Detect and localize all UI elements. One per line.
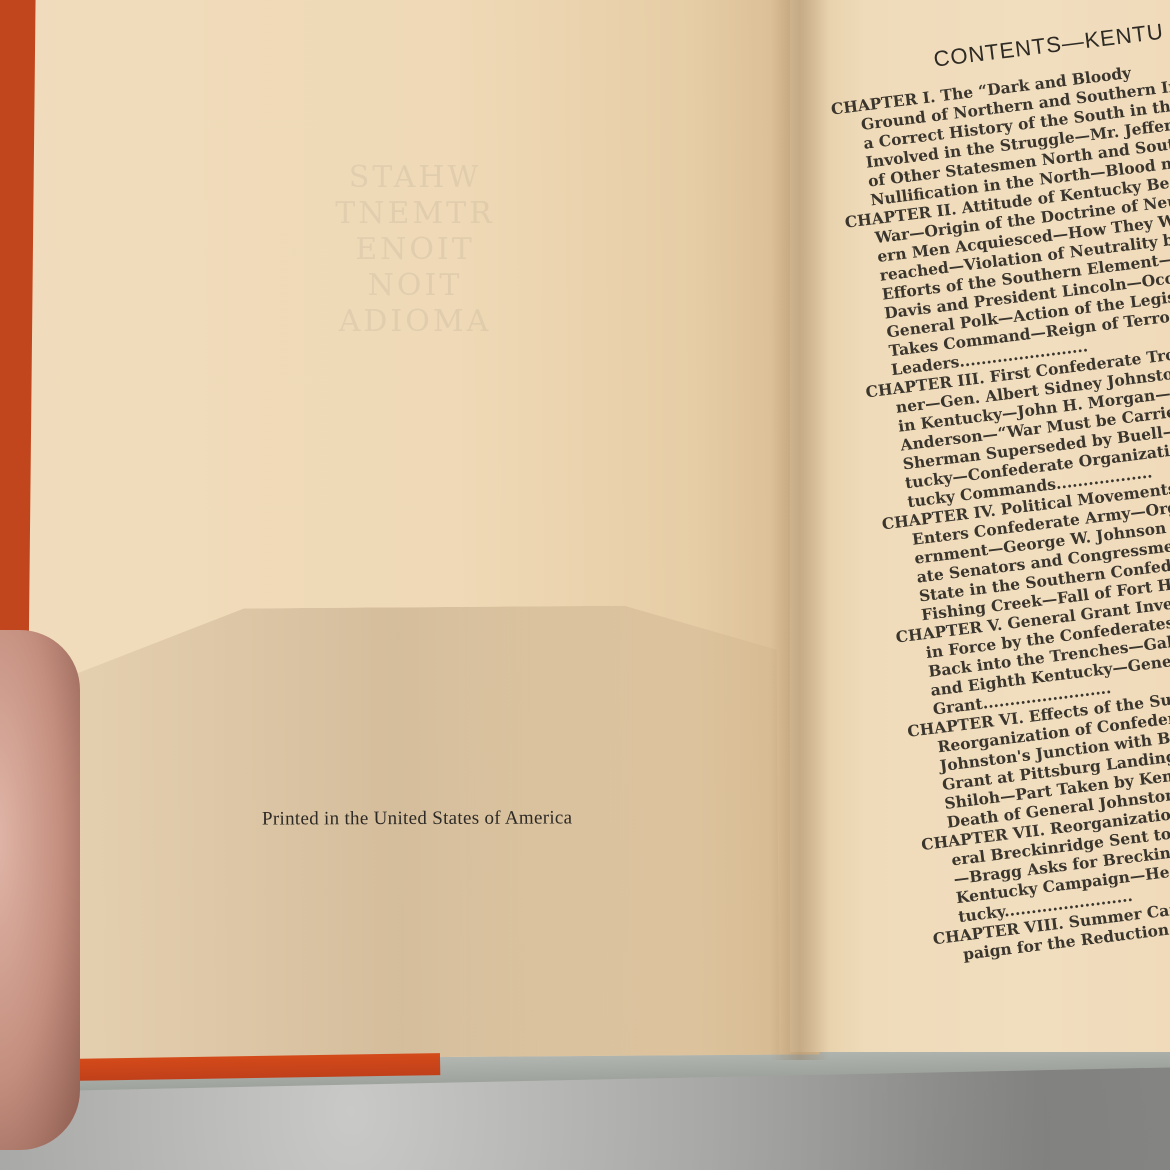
show-through-text: STAHW TNEMTR ENOIT NOIT ADIOMA [205, 160, 625, 340]
show-through-line: NOIT [205, 268, 625, 304]
show-through-line: TNEMTR [205, 196, 625, 232]
book-gutter [770, 0, 830, 1060]
left-page [12, 0, 819, 1060]
printed-in-imprint: Printed in the United States of America [262, 807, 572, 830]
thumb [0, 630, 80, 1150]
show-through-line: ENOIT [205, 232, 625, 268]
show-through-line: ADIOMA [205, 304, 625, 340]
show-through-line: STAHW [205, 160, 625, 196]
